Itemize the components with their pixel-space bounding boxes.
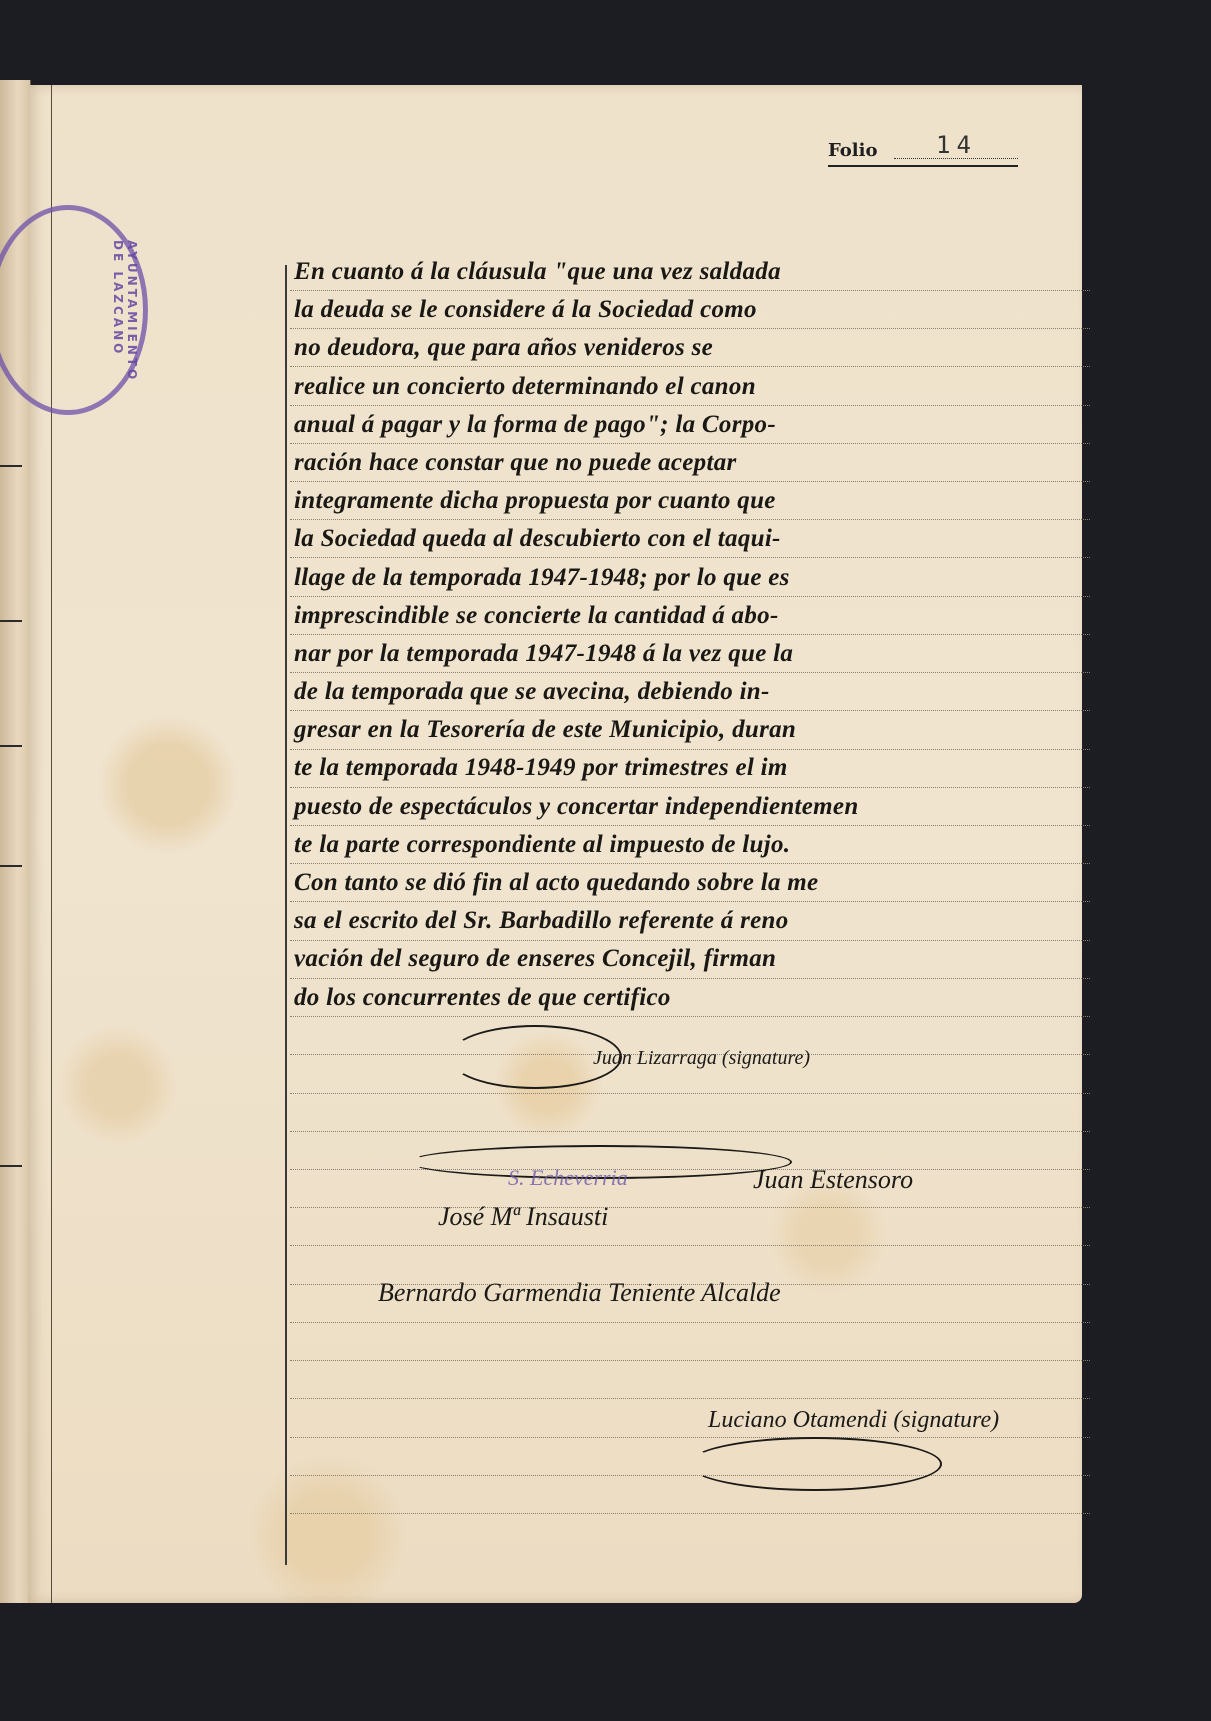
text-line: puesto de espectáculos y concertar indep… bbox=[294, 788, 1094, 826]
minutes-text: En cuanto á la cláusula "que una vez sal… bbox=[294, 253, 1094, 1017]
text-line: integramente dicha propuesta por cuanto … bbox=[294, 482, 1094, 520]
folio-label: Folio bbox=[828, 140, 877, 161]
ruled-line bbox=[290, 1207, 1090, 1208]
signature-flourish bbox=[688, 1437, 942, 1491]
ink-mark bbox=[0, 1165, 22, 1167]
margin-rule bbox=[285, 265, 287, 1565]
text-line: anual á pagar y la forma de pago"; la Co… bbox=[294, 406, 1094, 444]
signature-5: Bernardo Garmendia Teniente Alcalde bbox=[378, 1278, 781, 1308]
text-line: no deudora, que para años venideros se bbox=[294, 329, 1094, 367]
signature-3: Juan Estensoro bbox=[753, 1165, 913, 1195]
folio-header: Folio 14 bbox=[828, 125, 1018, 167]
text-line: sa el escrito del Sr. Barbadillo referen… bbox=[294, 902, 1094, 940]
ink-mark bbox=[0, 745, 22, 747]
ink-mark bbox=[0, 620, 22, 622]
text-line: realice un concierto determinando el can… bbox=[294, 368, 1094, 406]
ruled-line bbox=[290, 1322, 1090, 1323]
ledger-page: AYUNTAMIENTO DE LAZCANO Folio 14 En cuan… bbox=[28, 85, 1082, 1603]
folio-number: 14 bbox=[936, 131, 977, 159]
ruled-line bbox=[290, 1131, 1090, 1132]
text-line: imprescindible se concierte la cantidad … bbox=[294, 597, 1094, 635]
text-line: llage de la temporada 1947-1948; por lo … bbox=[294, 559, 1094, 597]
municipal-stamp: AYUNTAMIENTO DE LAZCANO bbox=[0, 205, 148, 415]
text-line: te la parte correspondiente al impuesto … bbox=[294, 826, 1094, 864]
stamp-text: AYUNTAMIENTO DE LAZCANO bbox=[111, 240, 139, 410]
text-line: ración hace constar que no puede aceptar bbox=[294, 444, 1094, 482]
text-line: la Sociedad queda al descubierto con el … bbox=[294, 520, 1094, 558]
ruled-line bbox=[290, 1245, 1090, 1246]
ruled-line bbox=[290, 1093, 1090, 1094]
text-line: de la temporada que se avecina, debiendo… bbox=[294, 673, 1094, 711]
text-line: gresar en la Tesorería de este Municipio… bbox=[294, 711, 1094, 749]
text-line: la deuda se le considere á la Sociedad c… bbox=[294, 291, 1094, 329]
text-line: En cuanto á la cláusula "que una vez sal… bbox=[294, 253, 1094, 291]
signature-6: Luciano Otamendi (signature) bbox=[708, 1407, 999, 1434]
ink-mark bbox=[0, 865, 22, 867]
ruled-line bbox=[290, 1398, 1090, 1399]
text-line: nar por la temporada 1947-1948 á la vez … bbox=[294, 635, 1094, 673]
ruled-line bbox=[290, 1360, 1090, 1361]
text-line: te la temporada 1948-1949 por trimestres… bbox=[294, 749, 1094, 787]
ink-mark bbox=[0, 465, 22, 467]
signature-4: José Mª Insausti bbox=[438, 1202, 608, 1232]
ruled-line bbox=[290, 1475, 1090, 1476]
text-line: Con tanto se dió fin al acto quedando so… bbox=[294, 864, 1094, 902]
ruled-line bbox=[290, 1437, 1090, 1438]
text-line: vación del seguro de enseres Concejil, f… bbox=[294, 940, 1094, 978]
text-line: do los concurrentes de que certifico bbox=[294, 979, 1094, 1017]
signature-2: S. Echeverria bbox=[508, 1165, 628, 1191]
ruled-line bbox=[290, 1513, 1090, 1514]
signature-1: Juan Lizarraga (signature) bbox=[593, 1047, 810, 1070]
